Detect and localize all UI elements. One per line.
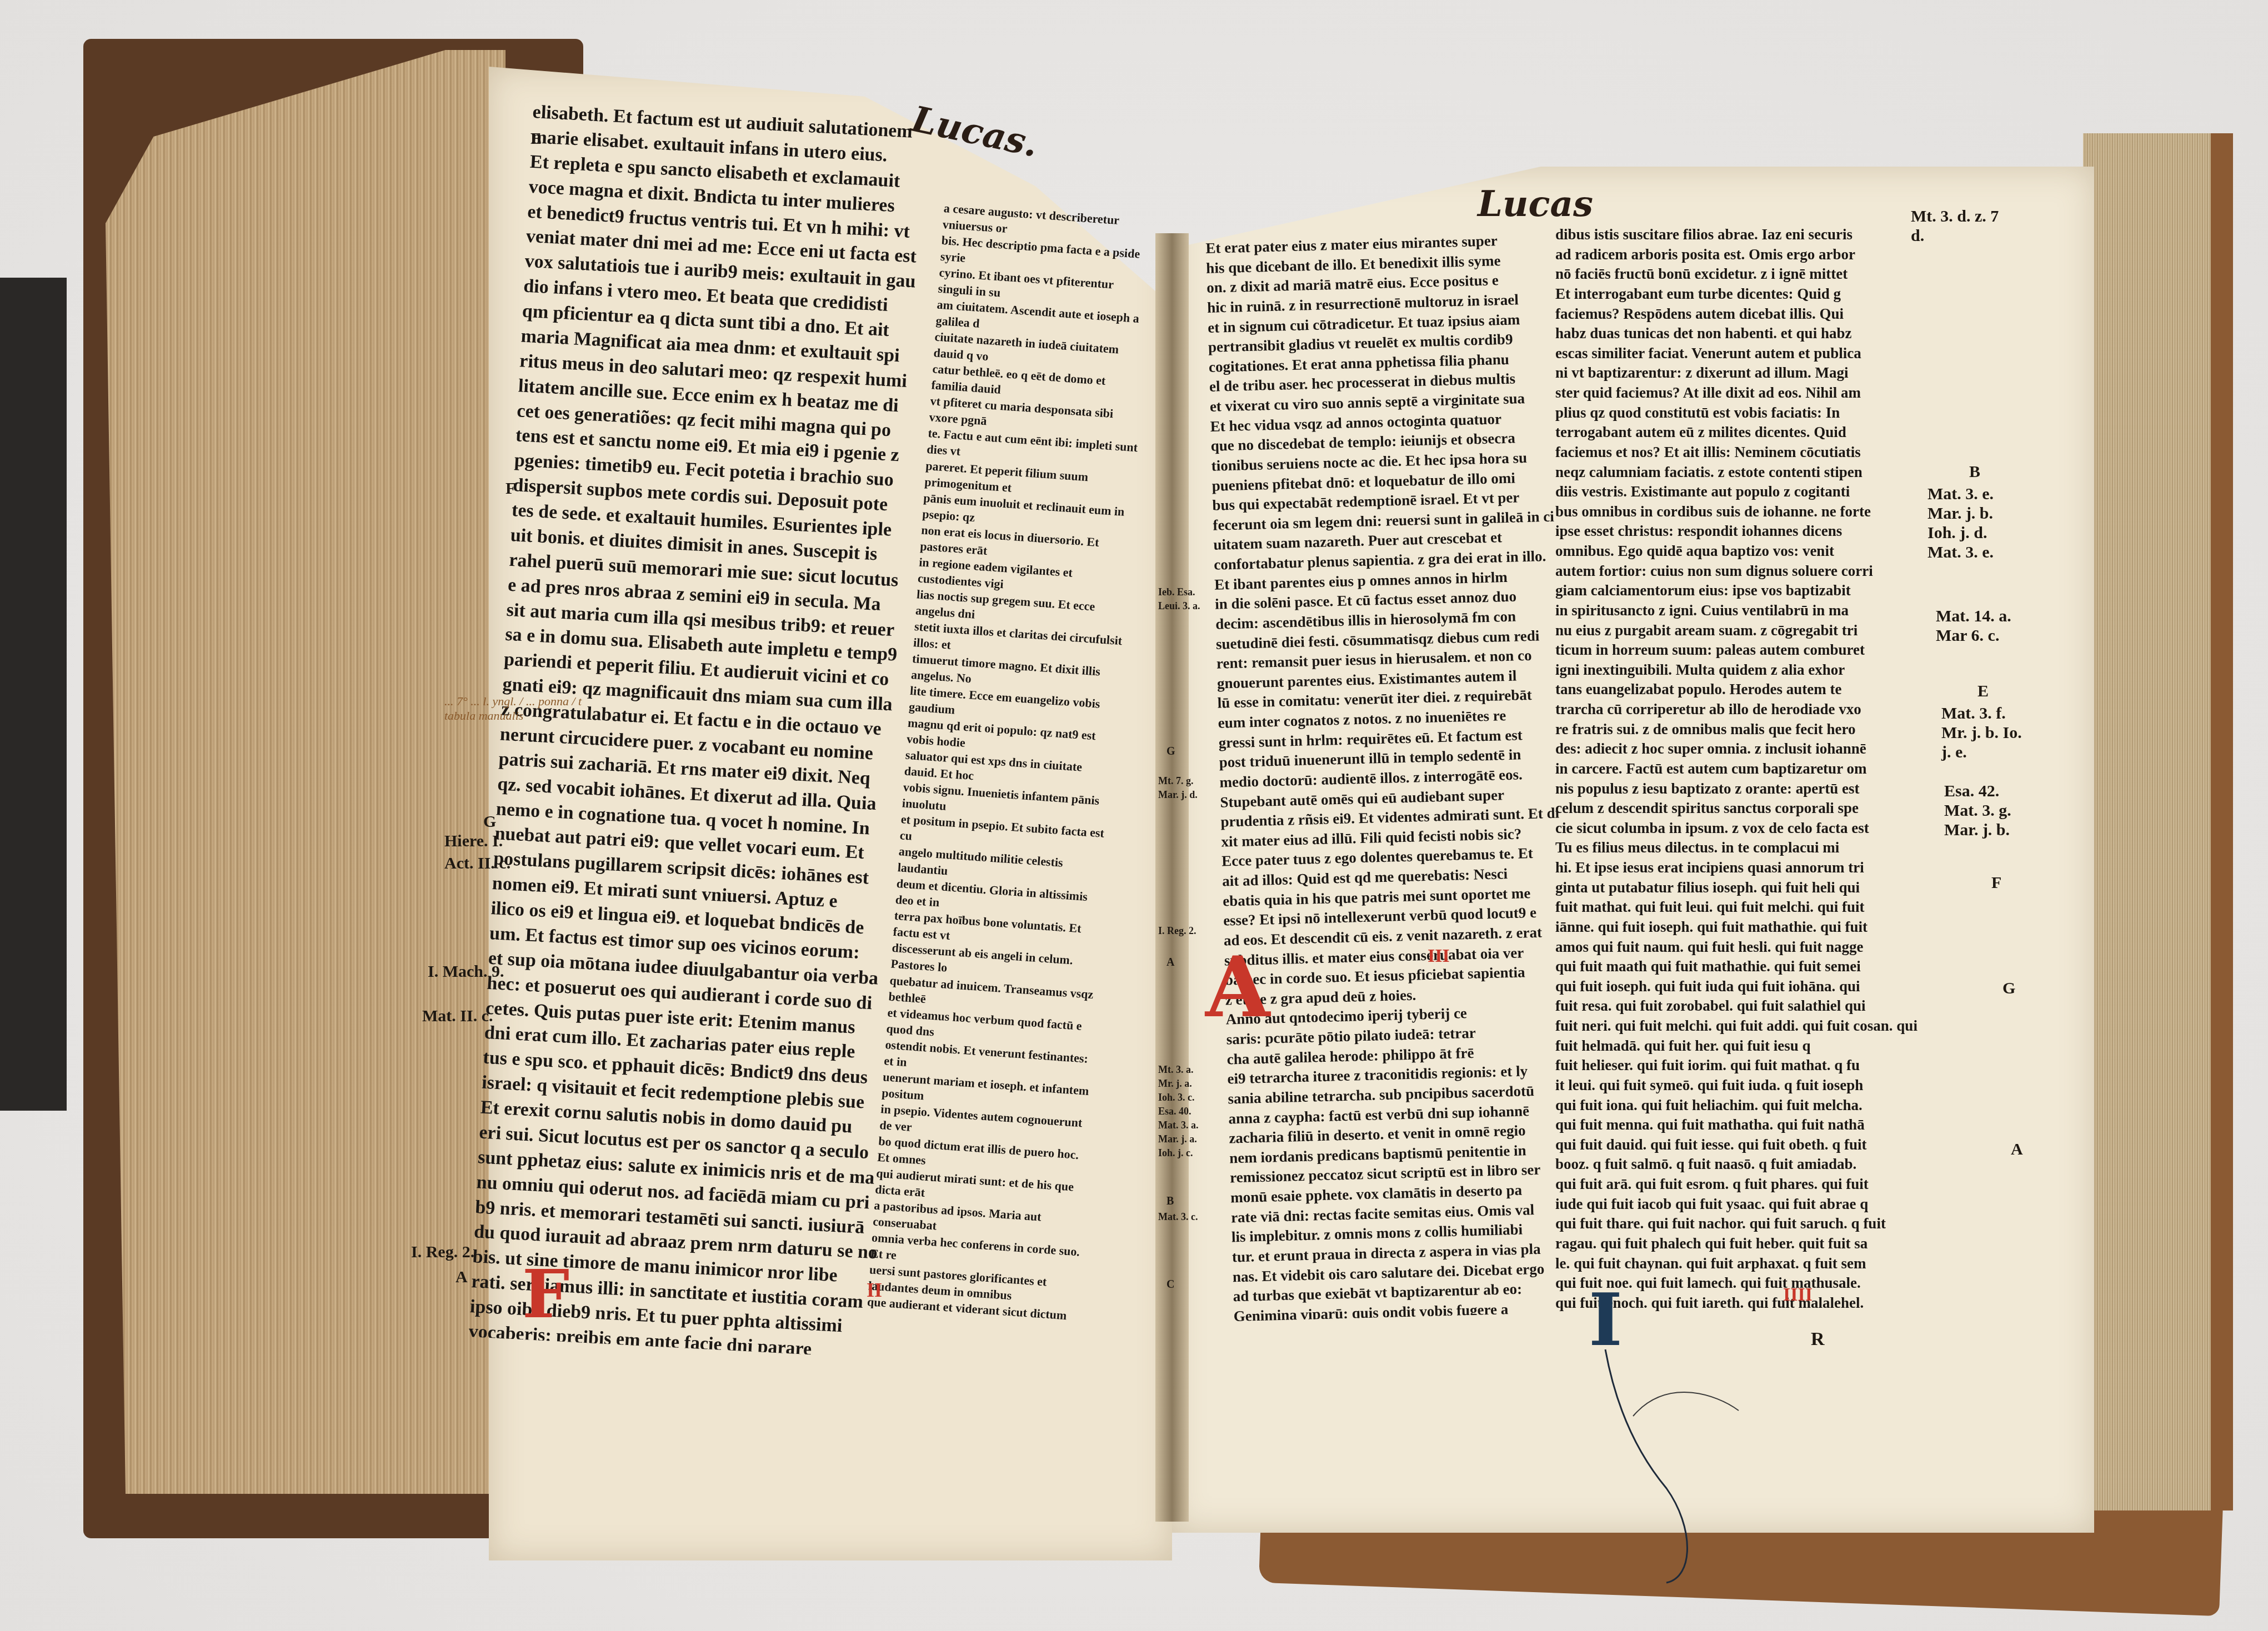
outer-ref-2: d. xyxy=(1911,225,1924,247)
right-text-block-edge xyxy=(2083,133,2233,1510)
section-letter-A-left: A xyxy=(455,1266,468,1288)
gutter-ref-13: Mat. 3. c. xyxy=(1158,1211,1198,1223)
gutter-ref-10: Mat. 3. a. xyxy=(1158,1119,1198,1132)
gutter-ref-9: Esa. 40. xyxy=(1158,1105,1191,1118)
chapter-mark-IIII: IIII xyxy=(1783,1283,1813,1307)
running-head-right: Lucas xyxy=(1478,183,1593,225)
margin-ref-act: Act. II. c. xyxy=(444,852,510,874)
outer-ref-3: Mat. 3. e. xyxy=(1927,483,1994,505)
dark-board xyxy=(0,278,67,1111)
rubricated-initial-A: A xyxy=(1205,939,1270,1036)
outer-ref-1: Mt. 3. d. z. 7 xyxy=(1911,205,1999,227)
margin-ref-reg: I. Reg. 2. xyxy=(411,1241,474,1263)
outer-ref-6: Mat. 3. e. xyxy=(1927,541,1994,563)
outer-ref-12: Esa. 42. xyxy=(1944,780,1999,802)
outer-ref-5: Ioh. j. d. xyxy=(1927,522,1987,544)
outer-section-A: A xyxy=(2011,1138,2023,1160)
section-letter-E: E xyxy=(530,128,542,149)
book-gutter xyxy=(1155,233,1189,1522)
outer-ref-10: Mr. j. b. Io. xyxy=(1941,722,2022,744)
outer-section-E: E xyxy=(1977,680,1989,702)
rubricated-initial-F: F xyxy=(522,1255,569,1333)
gutter-ref-3: Mt. 7. g. xyxy=(1158,775,1193,787)
gutter-ref-12: Ioh. j. c. xyxy=(1158,1147,1193,1160)
outer-ref-8: Mar 6. c. xyxy=(1936,625,1999,646)
outer-section-F: F xyxy=(1991,872,2001,894)
gutter-ref-1: Ieb. Esa. xyxy=(1158,586,1195,599)
outer-section-G: G xyxy=(2002,977,2015,999)
gutter-ref-7: Mr. j. a. xyxy=(1158,1077,1192,1090)
margin-ref-hiere: Hiere. I. xyxy=(444,830,503,852)
chapter-mark-II: II xyxy=(867,1277,882,1303)
manuscript-annotation: ... 7° ... l. yngl. / ... ponna / t tabu… xyxy=(444,694,589,723)
gutter-section-C: C xyxy=(1166,1277,1174,1292)
section-letter-G: G xyxy=(483,811,496,832)
outer-section-B: B xyxy=(1969,461,1980,483)
outer-ref-4: Mar. j. b. xyxy=(1927,503,1993,524)
gutter-ref-6: Mt. 3. a. xyxy=(1158,1063,1193,1076)
right-page-column-2: dibus istis suscitare filios abrae. Iaz … xyxy=(1555,225,1933,1313)
outer-ref-13: Mat. 3. g. xyxy=(1944,800,2011,821)
gutter-ref-8: Ioh. 3. c. xyxy=(1158,1091,1195,1104)
outer-ref-9: Mat. 3. f. xyxy=(1941,702,2006,724)
outer-ref-11: j. e. xyxy=(1941,741,1967,763)
outer-ref-14: Mar. j. b. xyxy=(1944,819,2010,841)
chapter-mark-III: III xyxy=(1428,944,1450,968)
gutter-section-B: B xyxy=(1166,1194,1174,1208)
margin-ref-mat: Mat. II. c. xyxy=(422,1005,493,1027)
outer-ref-7: Mat. 14. a. xyxy=(1936,605,2011,627)
gutter-ref-4: Mar. j. d. xyxy=(1158,789,1198,801)
gutter-section-A: A xyxy=(1166,955,1174,970)
pen-flourish xyxy=(1594,1344,1816,1588)
left-text-block-edge xyxy=(106,50,505,1494)
gutter-section-G: G xyxy=(1166,744,1175,759)
gutter-ref-2: Leui. 3. a. xyxy=(1158,600,1200,613)
gutter-ref-11: Mar. j. a. xyxy=(1158,1133,1197,1146)
section-letter-F: F xyxy=(505,478,515,499)
margin-ref-mach: I. Mach. 9. xyxy=(428,961,504,982)
gutter-ref-5: I. Reg. 2. xyxy=(1158,925,1196,937)
